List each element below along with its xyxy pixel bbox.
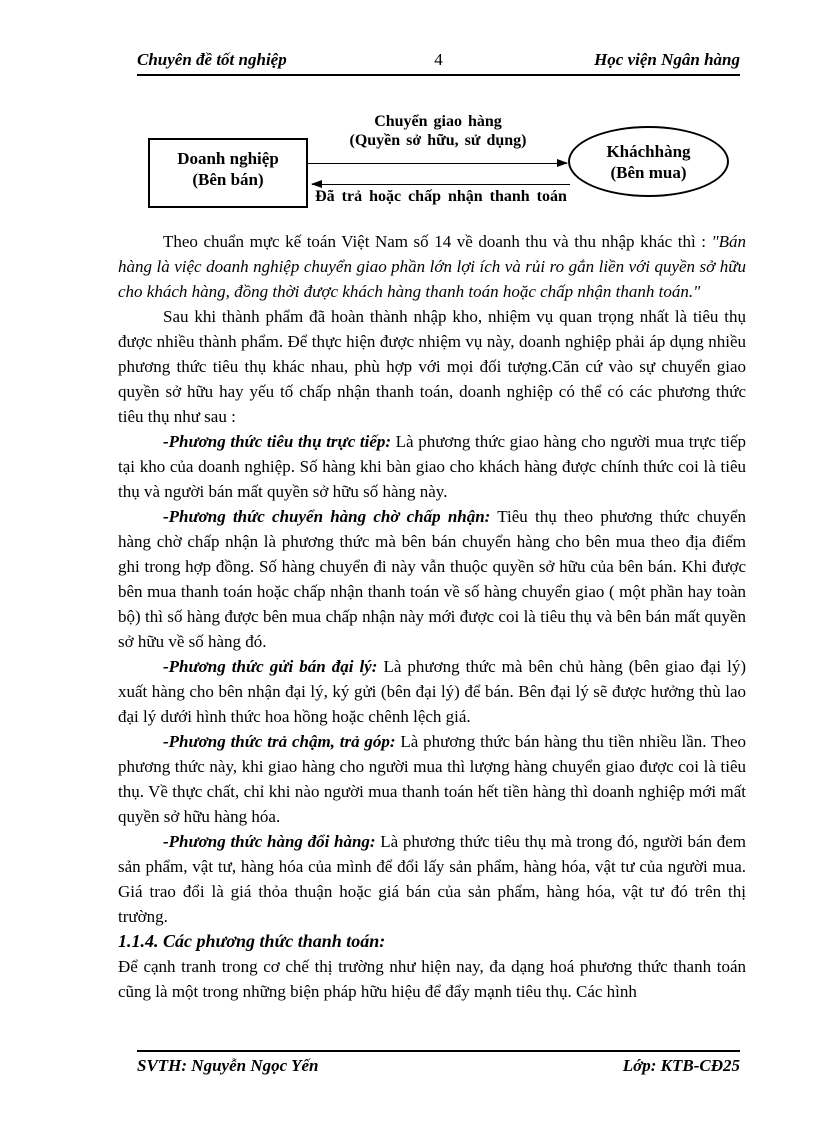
top-arrow-label-line1: Chuyển giao hàng xyxy=(318,112,558,131)
section-heading-1-1-4: 1.1.4. Các phương thức thanh toán: xyxy=(118,929,746,954)
footer-class: Lớp: KTB-CĐ25 xyxy=(623,1056,740,1076)
sales-flow-diagram: Chuyển giao hàng (Quyền sở hữu, sử dụng)… xyxy=(0,112,816,224)
method-shipment-body: Tiêu thụ theo phương thức chuyển hàng ch… xyxy=(118,507,746,651)
header-institution: Học viện Ngân hàng xyxy=(443,50,740,70)
paragraph-lead-text: Theo chuẩn mực kế toán Việt Nam số 14 về… xyxy=(163,232,711,251)
page-footer: SVTH: Nguyễn Ngọc Yến Lớp: KTB-CĐ25 xyxy=(137,1050,740,1076)
payment-arrow xyxy=(312,184,570,185)
paragraph-shipment-awaiting-acceptance: -Phương thức chuyển hàng chờ chấp nhận: … xyxy=(118,504,746,654)
method-barter-title: -Phương thức hàng đổi hàng: xyxy=(163,832,376,851)
paragraph-direct-sale: -Phương thức tiêu thụ trực tiếp: Là phươ… xyxy=(118,429,746,504)
method-consignment-title: -Phương thức gửi bán đại lý: xyxy=(163,657,377,676)
paragraph-standard-definition: Theo chuẩn mực kế toán Việt Nam số 14 về… xyxy=(118,229,746,304)
paragraph-barter: -Phương thức hàng đổi hàng: Là phương th… xyxy=(118,829,746,929)
seller-box: Doanh nghiệp (Bên bán) xyxy=(148,138,308,208)
method-direct-sale-title: -Phương thức tiêu thụ trực tiếp: xyxy=(163,432,391,451)
seller-role: (Bên bán) xyxy=(192,169,263,190)
seller-name: Doanh nghiệp xyxy=(177,148,279,169)
paragraph-consumption-intro: Sau khi thành phẩm đã hoàn thành nhập kh… xyxy=(118,304,746,429)
paragraph-payment-methods-intro: Để cạnh tranh trong cơ chế thị trường nh… xyxy=(118,954,746,1004)
bottom-arrow-label: Đã trả hoặc chấp nhận thanh toán xyxy=(312,188,570,206)
top-arrow-label-line2: (Quyền sở hữu, sử dụng) xyxy=(318,131,558,150)
paragraph-consignment: -Phương thức gửi bán đại lý: Là phương t… xyxy=(118,654,746,729)
page-header: Chuyên đề tốt nghiệp 4 Học viện Ngân hàn… xyxy=(137,50,740,76)
buyer-ellipse: Kháchhàng (Bên mua) xyxy=(568,126,729,197)
buyer-role: (Bên mua) xyxy=(610,162,686,183)
method-shipment-title: -Phương thức chuyển hàng chờ chấp nhận: xyxy=(163,507,490,526)
document-body: Theo chuẩn mực kế toán Việt Nam số 14 về… xyxy=(118,229,746,1004)
document-page: Chuyên đề tốt nghiệp 4 Học viện Ngân hàn… xyxy=(0,0,816,1123)
buyer-name: Kháchhàng xyxy=(606,141,690,162)
top-arrow-label: Chuyển giao hàng (Quyền sở hữu, sử dụng) xyxy=(318,112,558,150)
footer-author: SVTH: Nguyễn Ngọc Yến xyxy=(137,1056,319,1076)
paragraph-installment: -Phương thức trả chậm, trả góp: Là phươn… xyxy=(118,729,746,829)
header-document-title: Chuyên đề tốt nghiệp xyxy=(137,50,434,70)
arrow-left-head-icon xyxy=(311,180,322,188)
header-page-number: 4 xyxy=(434,50,443,70)
method-installment-title: -Phương thức trả chậm, trả góp: xyxy=(163,732,396,751)
arrow-right-head-icon xyxy=(557,159,568,167)
delivery-arrow xyxy=(308,163,567,164)
